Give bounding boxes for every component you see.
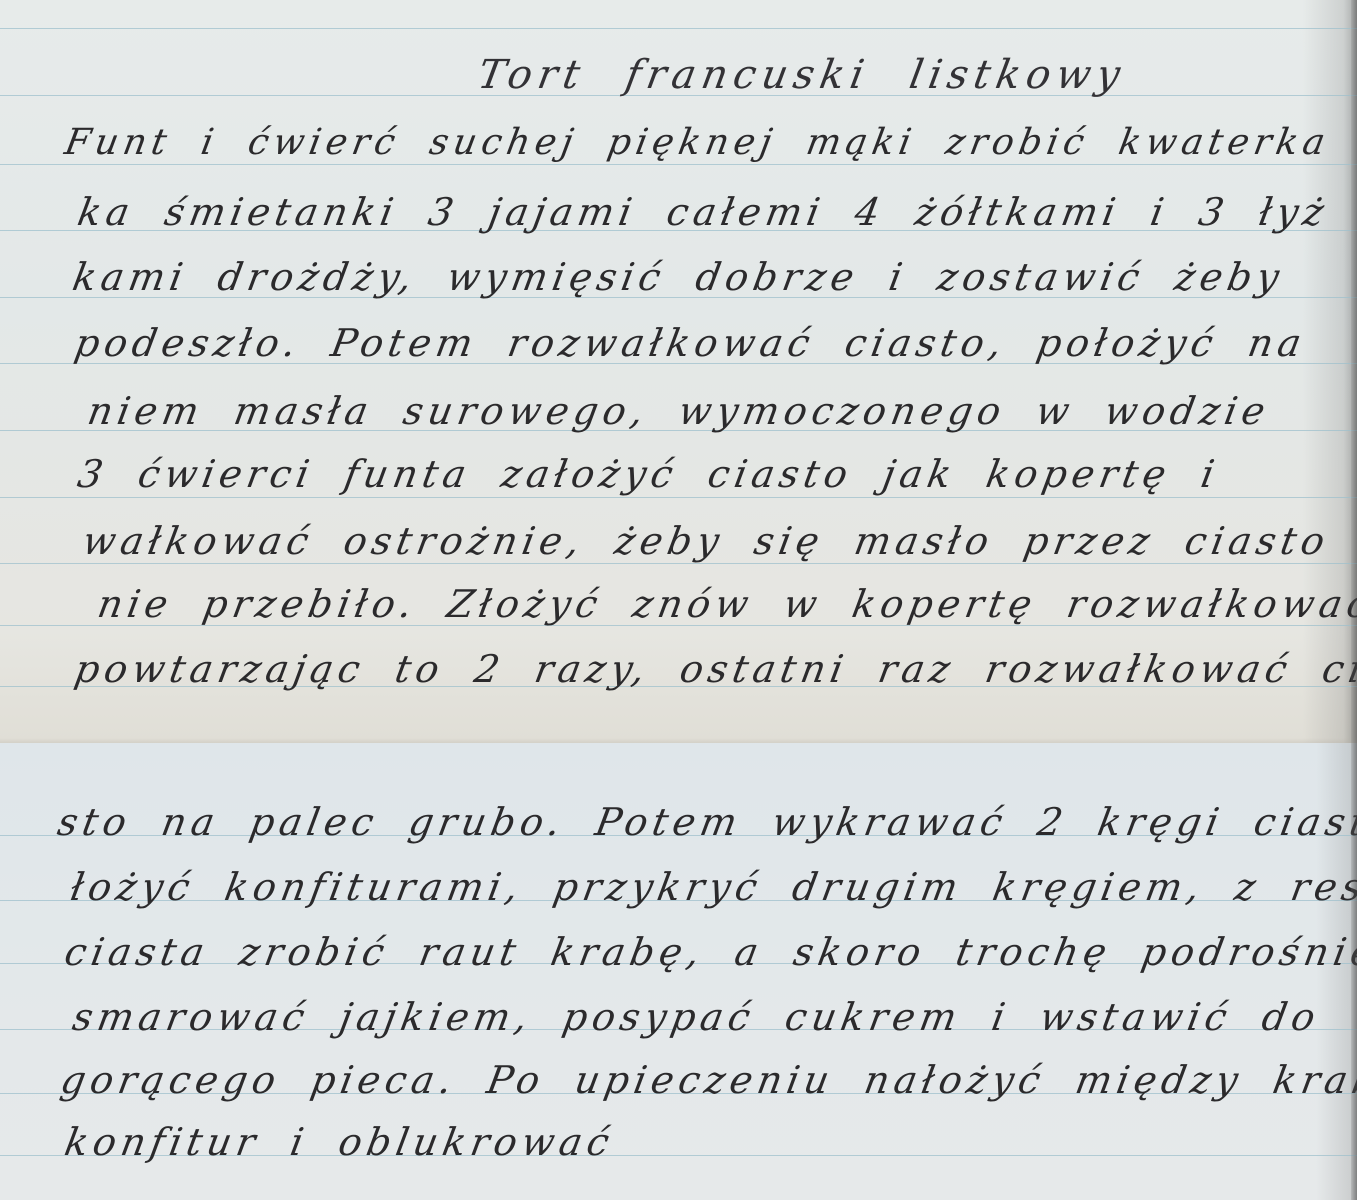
handwritten-line: podeszło. Potem rozwałkować ciasto, poło…: [72, 324, 1309, 362]
handwritten-line: powtarzając to 2 razy, ostatni raz rozwa…: [72, 650, 1357, 688]
handwritten-line: gorącego pieca. Po upieczeniu nałożyć mi…: [58, 1061, 1357, 1099]
handwritten-line: 3 ćwierci funta założyć ciasto jak koper…: [75, 455, 1222, 493]
handwritten-line: nie przebiło. Złożyć znów w kopertę rozw…: [95, 585, 1357, 623]
handwritten-line: ka śmietanki 3 jajami całemi 4 żółtkami …: [75, 193, 1332, 231]
handwritten-line: Funt i ćwierć suchej pięknej mąki zrobić…: [62, 125, 1357, 161]
handwritten-line: kami drożdży, wymięsić dobrze i zostawić…: [70, 258, 1287, 296]
handwritten-line: niem masła surowego, wymoczonego w wodzi…: [85, 392, 1273, 430]
handwritten-line: łożyć konfiturami, przykryć drugim kręgi…: [68, 868, 1357, 906]
recipe-title: Tort francuski listkowy: [475, 55, 1129, 95]
ruled-line: [0, 28, 1357, 29]
notebook-photo-bottom: sto na palec grubo. Potem wykrawać 2 krę…: [0, 743, 1357, 1200]
ruled-line: [0, 563, 1357, 564]
ruled-line: [0, 164, 1357, 165]
ruled-line: [0, 497, 1357, 498]
handwritten-line: wałkować ostrożnie, żeby się masło przez…: [80, 522, 1333, 560]
handwritten-line: sto na palec grubo. Potem wykrawać 2 krę…: [55, 803, 1357, 841]
notebook-photo-top: Tort francuski listkowy Funt i ćwierć su…: [0, 0, 1357, 743]
handwritten-line: ciasta zrobić raut krabę, a skoro trochę…: [62, 933, 1357, 971]
handwritten-line: konfitur i oblukrować: [62, 1123, 617, 1161]
handwritten-line: smarować jajkiem, posypać cukrem i wstaw…: [70, 998, 1323, 1036]
notebook-binding-edge: [1351, 0, 1357, 1200]
